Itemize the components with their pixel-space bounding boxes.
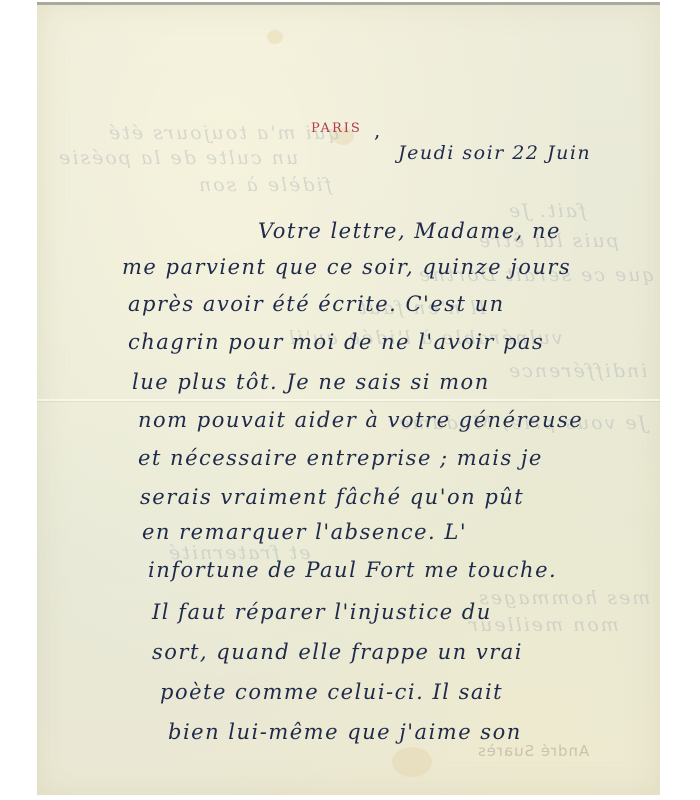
place-comma: , (374, 118, 380, 142)
letter-line: Votre lettre, Madame, ne (258, 219, 561, 243)
bleed-through-line: un culte de la poésie (57, 147, 298, 169)
letter-line: en remarquer l'absence. L' (142, 520, 467, 544)
letter-line: lue plus tôt. Je ne sais si mon (132, 370, 490, 394)
paper-stain (392, 747, 432, 777)
bleed-through-line: mes hommages (477, 587, 650, 609)
letter-line: poète comme celui-ci. Il sait (160, 680, 503, 704)
letter-dateline: Jeudi soir 22 Juin (398, 142, 591, 164)
paper-fold-line (37, 399, 660, 401)
letter-line: infortune de Paul Fort me touche. (148, 558, 557, 582)
letter-line: et nécessaire entreprise ; mais je (138, 446, 543, 470)
letter-line: me parvient que ce soir, quinze jours (122, 255, 571, 279)
paper-stain (267, 30, 283, 44)
bleed-through-line: qui m'a toujours été (107, 122, 340, 144)
letter-line: nom pouvait aider à votre généreuse (138, 408, 583, 432)
paper-top-edge (37, 2, 660, 5)
bleed-through-signature: André Suarès (477, 742, 589, 760)
letter-line: après avoir été écrite. C'est un (128, 292, 505, 316)
letter-line: sort, quand elle frappe un vrai (152, 640, 523, 664)
letter-line: chagrin pour moi de ne l'avoir pas (128, 330, 544, 354)
letter-line: bien lui-même que j'aime son (168, 720, 522, 744)
bleed-through-line: indifférence (507, 360, 647, 382)
letter-line: Il faut réparer l'injustice du (152, 600, 492, 624)
bleed-through-line: fidèle à son (197, 174, 332, 196)
letter-line: serais vraiment fâché qu'on pût (140, 485, 524, 509)
letter-place: PARIS (311, 121, 362, 136)
